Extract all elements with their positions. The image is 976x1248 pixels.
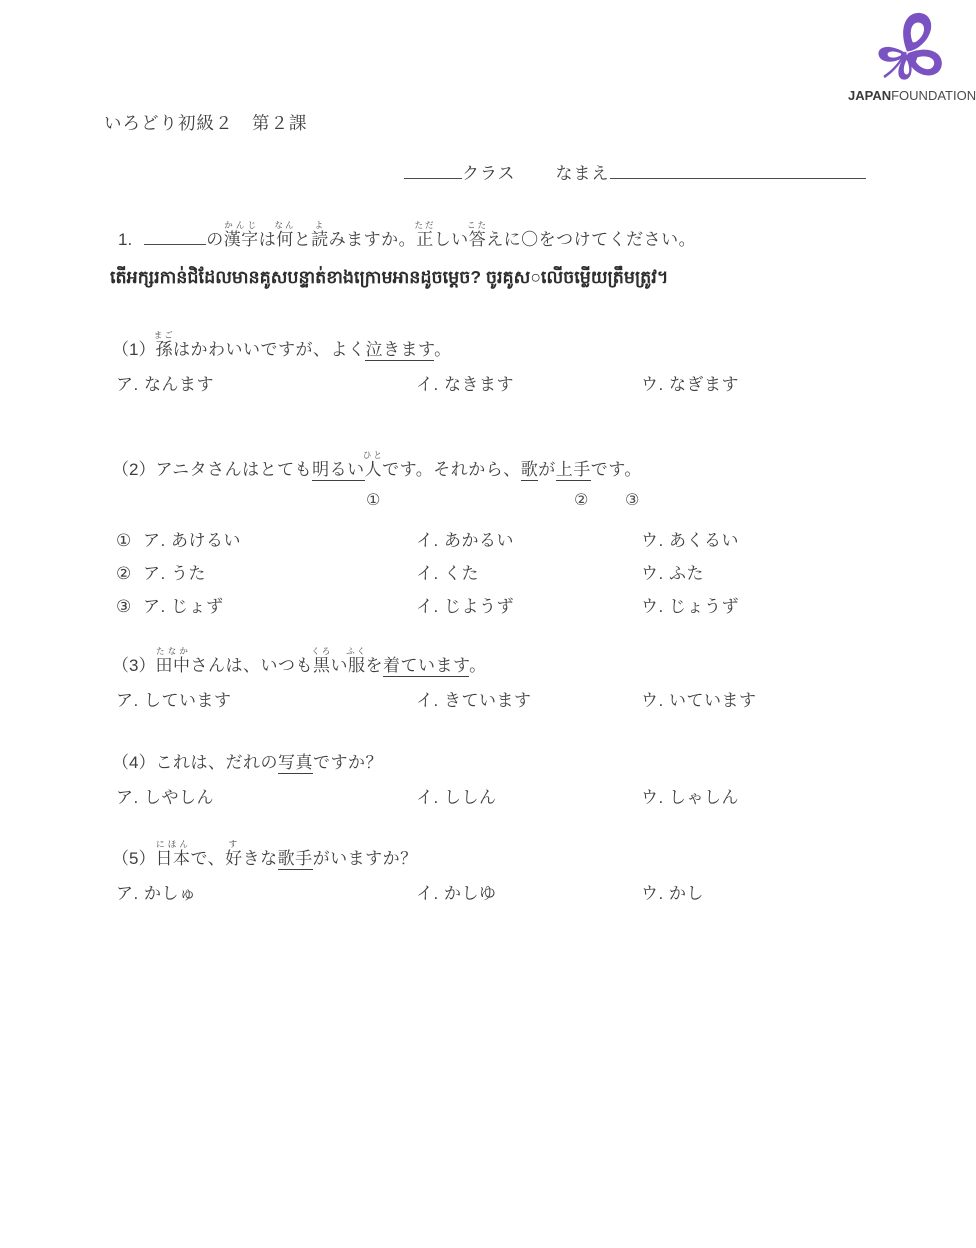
text-run: アニタさんはとても (155, 460, 312, 479)
text-run: です。それから、 (382, 460, 521, 479)
text-run: を (365, 656, 383, 675)
choice-row-number: ① (116, 530, 143, 552)
butterfly-logo-icon (870, 8, 944, 86)
text-run: みますか。 (329, 230, 417, 249)
question-sentence: （4）これは、だれの写真ですか？ (104, 748, 872, 773)
underlined-word: 明るい (312, 460, 365, 481)
text-run: の (206, 230, 224, 249)
page-title: いろどり初級２ 第２課 (104, 0, 872, 135)
text-run: しい (434, 230, 469, 249)
choice-option: イ. ししん (416, 787, 641, 809)
text-run: これは、だれの (155, 753, 278, 772)
choice-option: イ. きています (416, 690, 641, 712)
question-number: （5） (112, 849, 155, 868)
ruby-word: 日本にほん (155, 849, 190, 868)
choice-option: イ. あかるい (416, 530, 641, 552)
name-label: なまえ (556, 164, 610, 183)
choice-option: ア. うた (143, 563, 416, 585)
choice-option: ウ. いています (641, 690, 872, 712)
instruction-line: 1.の漢字かんじは何なんと読よみますか。正ただしい答こたえに〇をつけてください。 (104, 220, 872, 250)
choice-row-number: ② (116, 563, 143, 585)
question-block: （2）アニタさんはとても明るい人ひとです。それから、歌が上手です。①②③①ア. … (104, 450, 872, 618)
logo-wordmark-japan: JAPAN (848, 88, 891, 103)
ruby-word: 人ひと (365, 460, 383, 479)
ruby-word: 服ふく (348, 656, 366, 675)
circled-number-marker: ② (574, 490, 588, 510)
text-run: と (294, 230, 312, 249)
choice-option: イ. くた (416, 563, 641, 585)
text-run: ですか？ (313, 753, 383, 772)
text-run: さんは、いつも (190, 656, 313, 675)
worksheet-page: いろどり初級２ 第２課 クラスなまえ 1.の漢字かんじは何なんと読よみますか。正… (0, 0, 976, 905)
text-run: きな (243, 849, 278, 868)
question-sentence: （5）日本にほんで、好すきな歌手がいますか？ (104, 839, 872, 869)
ruby-word: 漢字かんじ (224, 230, 259, 249)
instruction-sentence: の漢字かんじは何なんと読よみますか。正ただしい答こたえに〇をつけてください。 (144, 230, 696, 249)
class-name-line: クラスなまえ (404, 159, 872, 184)
choice-row: ②ア. うたイ. くたウ. ふた (104, 563, 872, 585)
circled-number-marker: ③ (625, 490, 639, 510)
choice-option: ウ. かし (641, 883, 872, 905)
underlined-word: 上手 (556, 460, 591, 481)
underlined-word: 歌 (521, 460, 539, 481)
question-block: （4）これは、だれの写真ですか？ア. しやしんイ. ししんウ. しゃしん (104, 748, 872, 809)
ruby-word: 田中たなか (155, 656, 190, 675)
text-run: がいますか？ (313, 849, 418, 868)
underlined-word: 着ています (383, 656, 469, 677)
text-run: 。 (434, 340, 452, 359)
blank-underline (144, 228, 206, 245)
choice-option: ウ. あくるい (641, 530, 872, 552)
choice-option: ウ. なぎます (641, 374, 872, 396)
questions-section: （1）孫まごはかわいいですが、よく泣きます。ア. なんますイ. なきますウ. な… (104, 330, 872, 905)
question-sentence: （3）田中たなかさんは、いつも黒くろい服ふくを着ています。 (104, 646, 872, 676)
choice-option: イ. じようず (416, 596, 641, 618)
choice-row: ア. なんますイ. なきますウ. なぎます (104, 374, 872, 396)
text-run: で、 (190, 849, 225, 868)
instruction-khmer: តើអក្សរកាន់ជិដែលមានគូសបន្ទាត់ខាងក្រោមអាន… (104, 266, 872, 292)
question-number: （4） (112, 753, 155, 772)
question-block: （1）孫まごはかわいいですが、よく泣きます。ア. なんますイ. なきますウ. な… (104, 330, 872, 396)
japan-foundation-logo: JAPANFOUNDATION (848, 8, 966, 103)
ruby-word: 読よ (311, 230, 329, 249)
question-number: （2） (112, 460, 155, 479)
underlined-word: 泣きます (365, 340, 434, 361)
question-sentence: （1）孫まごはかわいいですが、よく泣きます。 (104, 330, 872, 360)
choice-option: ア. なんます (116, 374, 416, 396)
logo-wordmark: JAPANFOUNDATION (848, 88, 966, 103)
underlined-word: 歌手 (278, 849, 313, 870)
text-run: が (538, 460, 556, 479)
choice-option: ア. しています (116, 690, 416, 712)
question-block: （5）日本にほんで、好すきな歌手がいますか？ア. かしゅイ. かしゆウ. かし (104, 839, 872, 905)
ruby-word: 孫まご (155, 340, 173, 359)
ruby-word: 黒くろ (313, 656, 331, 675)
question-number: （3） (112, 656, 155, 675)
class-label: クラス (462, 164, 516, 183)
question-block: （3）田中たなかさんは、いつも黒くろい服ふくを着ています。ア. していますイ. … (104, 646, 872, 712)
text-run: えに〇をつけてください。 (486, 230, 696, 249)
choice-row: ア. かしゅイ. かしゆウ. かし (104, 883, 872, 905)
text-run: はかわいいですが、よく (173, 340, 366, 359)
choice-option: ア. じょず (143, 596, 416, 618)
name-blank-underline (610, 162, 866, 179)
ruby-word: 好す (225, 849, 243, 868)
instruction-number: 1. (118, 230, 132, 249)
underlined-word: 写真 (278, 753, 313, 774)
class-blank-underline (404, 162, 462, 179)
ruby-word: 答こた (469, 230, 487, 249)
text-run: 。 (469, 656, 487, 675)
text-run: です。 (591, 460, 642, 479)
choice-option: ア. しやしん (116, 787, 416, 809)
choice-option: ウ. しゃしん (641, 787, 872, 809)
question-sentence: （2）アニタさんはとても明るい人ひとです。それから、歌が上手です。 (104, 450, 872, 480)
question-number: （1） (112, 340, 155, 359)
choice-row: ③ア. じょずイ. じようずウ. じょうず (104, 596, 872, 618)
choice-option: イ. なきます (416, 374, 641, 396)
choice-row-number: ③ (116, 596, 143, 618)
choice-option: ウ. ふた (641, 563, 872, 585)
circled-number-marker: ① (366, 490, 380, 510)
ruby-word: 正ただ (416, 230, 434, 249)
choice-row: ア. していますイ. きていますウ. いています (104, 690, 872, 712)
marker-row: ①②③ (104, 490, 872, 516)
choice-option: ア. かしゅ (116, 883, 416, 905)
choice-row: ア. しやしんイ. ししんウ. しゃしん (104, 787, 872, 809)
choice-row: ①ア. あけるいイ. あかるいウ. あくるい (104, 530, 872, 552)
choice-option: ア. あけるい (143, 530, 416, 552)
logo-wordmark-foundation: FOUNDATION (891, 88, 976, 103)
ruby-word: 何なん (276, 230, 294, 249)
choice-option: イ. かしゆ (416, 883, 641, 905)
choice-option: ウ. じょうず (641, 596, 872, 618)
